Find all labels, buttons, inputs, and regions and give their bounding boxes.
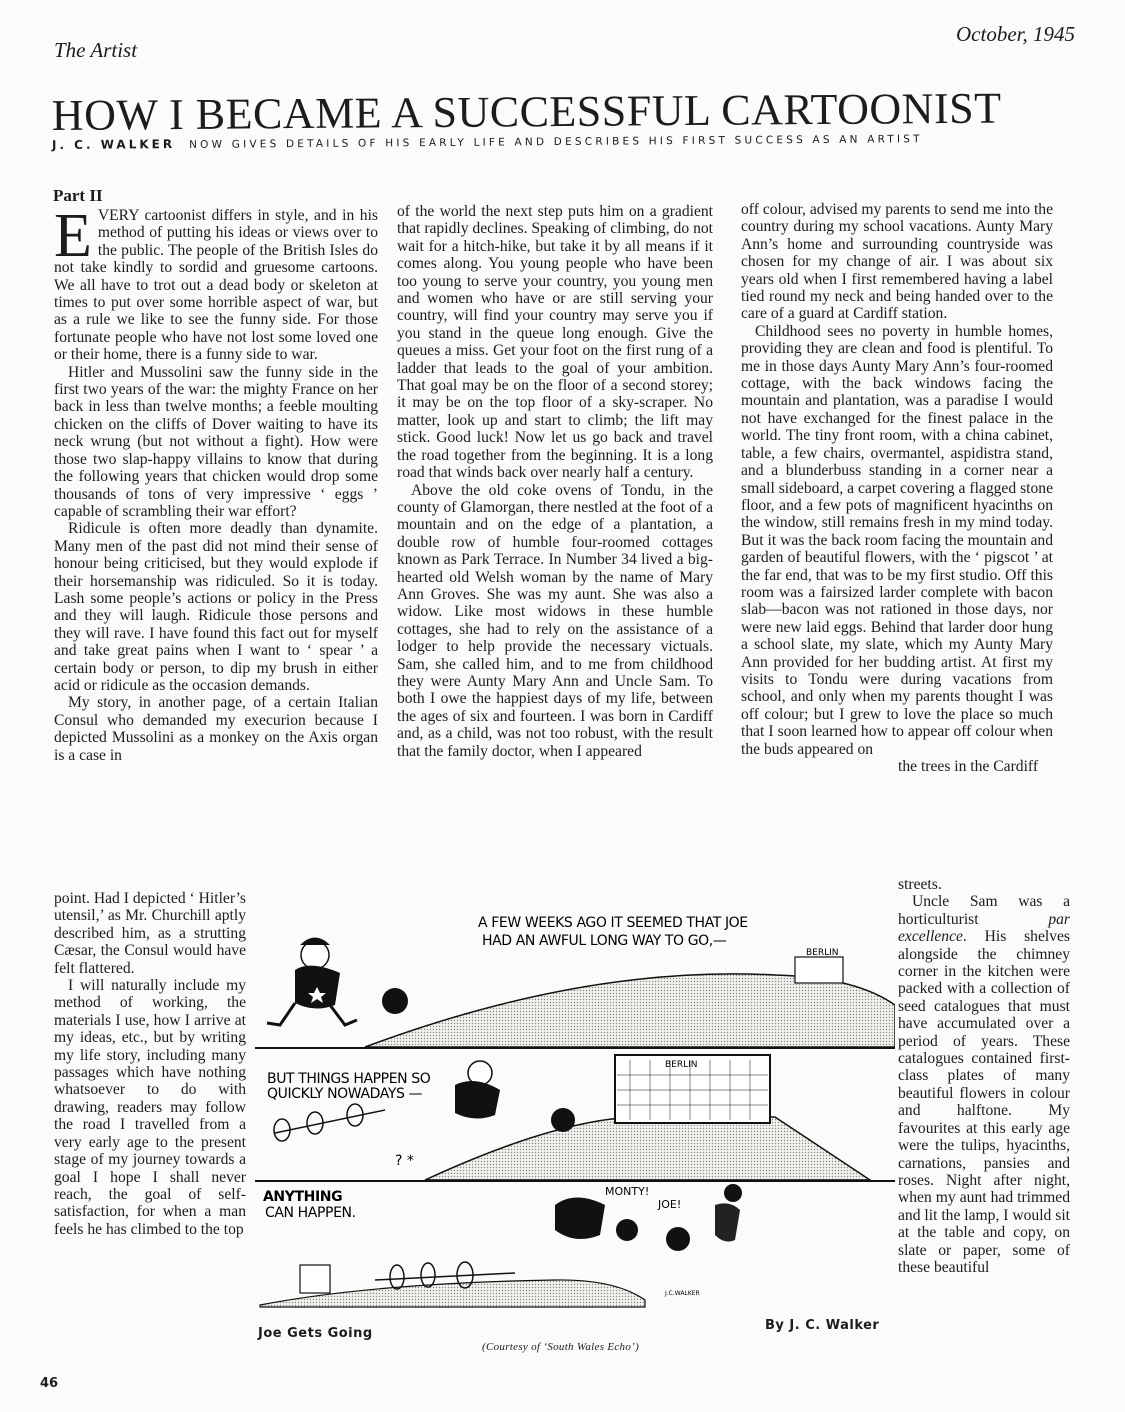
- paragraph: EVERY cartoonist differs in style, and i…: [54, 207, 378, 364]
- paragraph: Above the old coke ovens of Tondu, in th…: [397, 482, 713, 761]
- panel-1-caption-line-2: HAD AN AWFUL LONG WAY TO GO,—: [482, 933, 727, 949]
- svg-text:? *: ? *: [395, 1153, 414, 1169]
- goal-label-1: BERLIN: [806, 948, 839, 958]
- paragraph: Childhood sees no poverty in humble home…: [741, 323, 1053, 758]
- panel-2-caption-line-2: QUICKLY NOWADAYS —: [267, 1086, 423, 1102]
- publication-name: The Artist: [54, 38, 137, 63]
- goal-label-2: BERLIN: [665, 1060, 698, 1070]
- panel-1-caption-line-1: A FEW WEEKS AGO IT SEEMED THAT JOE: [478, 915, 748, 931]
- paragraph: of the world the next step puts him on a…: [397, 203, 713, 482]
- paragraph: Hitler and Mussolini saw the funny side …: [54, 364, 378, 521]
- cartoon-strip: ? * A FEW WEEKS AGO IT SEEMED THAT JOE H…: [255, 905, 895, 1325]
- paragraph: Uncle Sam was a horticulturist par excel…: [898, 893, 1070, 1276]
- cartoon-byline: By J. C. Walker: [765, 1318, 879, 1333]
- author-name: J. C. WALKER: [52, 137, 175, 152]
- paragraph: Ridicule is often more deadly than dynam…: [54, 520, 378, 694]
- cartoon-credit: (Courtesy of ‘South Wales Echo’): [482, 1341, 639, 1353]
- paragraph-line: streets.: [898, 876, 1070, 893]
- cartoon-signature: J.C.WALKER: [664, 1290, 700, 1297]
- panel-2-caption-line-1: BUT THINGS HAPPEN SO: [267, 1071, 431, 1087]
- cartoon-title: Joe Gets Going: [258, 1326, 373, 1341]
- paragraph: off colour, advised my parents to send m…: [741, 201, 1053, 323]
- paragraph: point. Had I depicted ‘ Hitler’s utensil…: [54, 890, 246, 977]
- standfirst-text: NOW GIVES DETAILS OF HIS EARLY LIFE AND …: [189, 133, 923, 151]
- paragraph-line: the trees in the Cardiff: [741, 758, 1053, 775]
- column-3: off colour, advised my parents to send m…: [741, 201, 1053, 775]
- issue-date: October, 1945: [956, 22, 1075, 47]
- paragraph: My story, in another page, of a certain …: [54, 694, 378, 764]
- panel-3-caption-line-1: ANYTHING: [263, 1189, 342, 1205]
- drop-cap: E: [54, 211, 92, 261]
- column-3-continued: streets. Uncle Sam was a horticulturist …: [898, 876, 1070, 1276]
- page-number: 46: [40, 1376, 58, 1391]
- cartoon-illustration: ? * A FEW WEEKS AGO IT SEEMED THAT JOE H…: [255, 905, 895, 1325]
- shout-joe: JOE!: [657, 1198, 681, 1211]
- panel-3-caption-line-2: CAN HAPPEN.: [265, 1205, 356, 1221]
- shout-monty: MONTY!: [605, 1185, 649, 1198]
- paragraph: I will naturally include my method of wo…: [54, 977, 246, 1238]
- column-1: EVERY cartoonist differs in style, and i…: [54, 207, 378, 764]
- column-1-continued: point. Had I depicted ‘ Hitler’s utensil…: [54, 890, 246, 1238]
- column-2: of the world the next step puts him on a…: [397, 203, 713, 760]
- panel-1: [255, 938, 895, 1049]
